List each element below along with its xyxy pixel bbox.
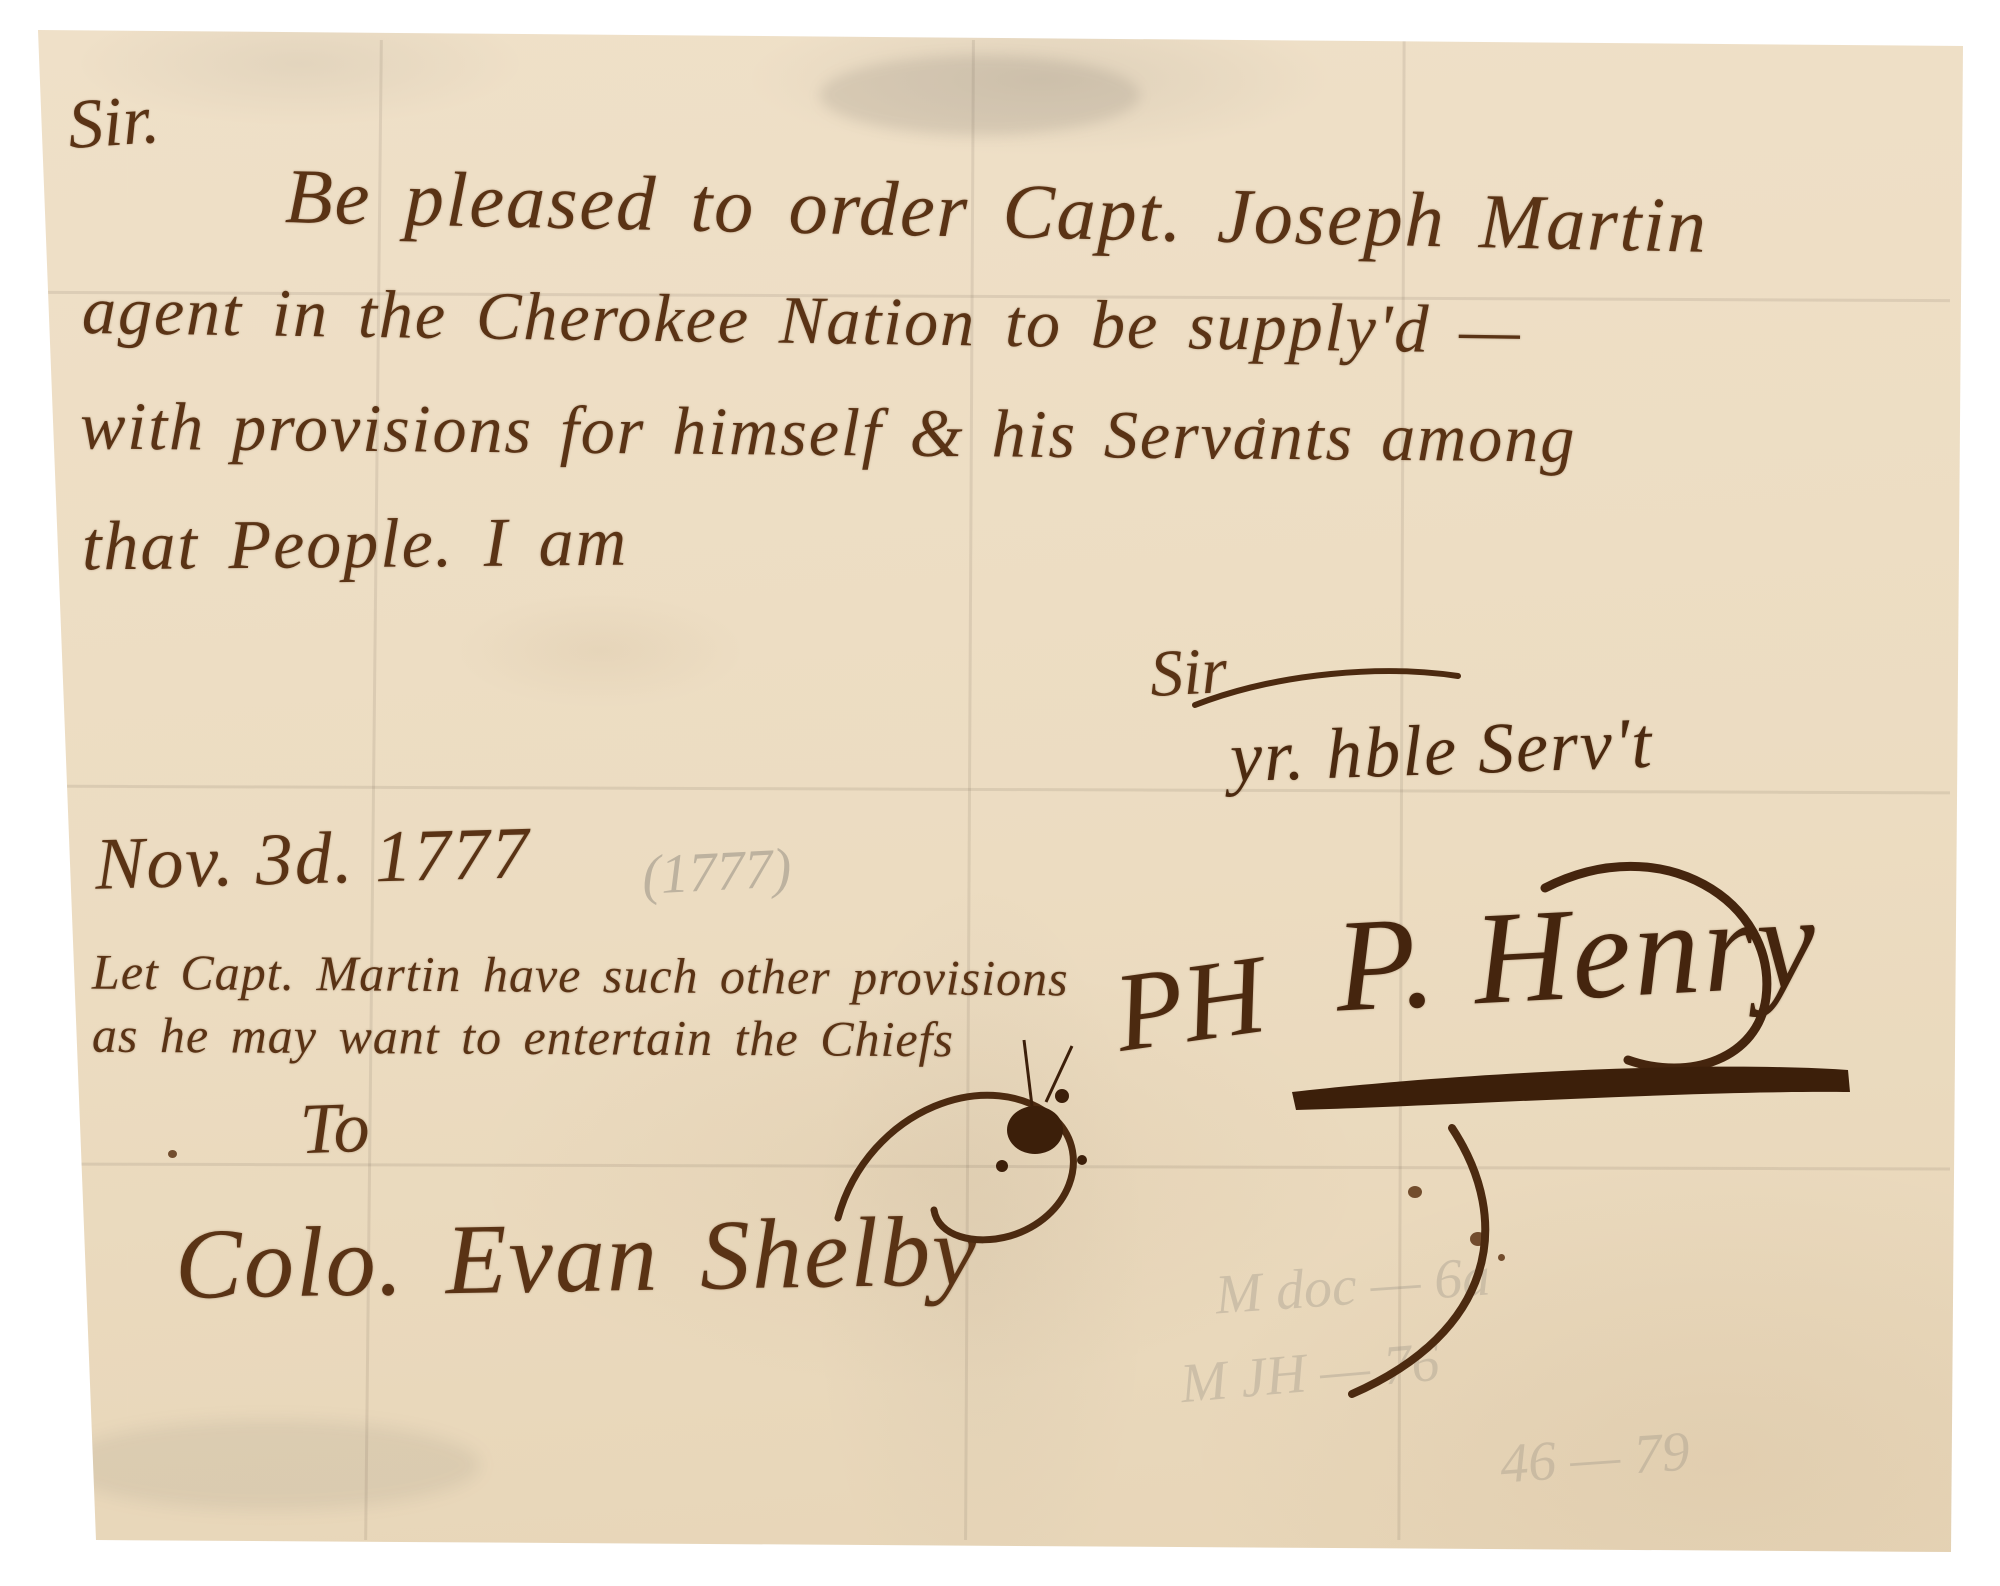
body-line-1: Be pleased to order Capt. Joseph Martin (284, 157, 1708, 265)
pencil-smudge-bottom-left (60, 1420, 480, 1510)
address-to: To (299, 1091, 371, 1165)
scan-background: Sir. Be pleased to order Capt. Joseph Ma… (0, 0, 2000, 1586)
closing-flourish-stroke (1195, 671, 1458, 705)
postscript-line-2: as he may want to entertain the Chiefs (92, 1010, 954, 1065)
body-line-2: agent in the Cherokee Nation to be suppl… (82, 276, 1523, 364)
ink-splatter-dot (1055, 1089, 1069, 1103)
salutation: Sir. (66, 85, 162, 161)
ink-splatter-line (1024, 1040, 1032, 1106)
address-name: Colo. Evan Shelby (174, 1201, 979, 1315)
fold-crease-horizontal-2 (40, 785, 1950, 795)
pencil-note-2: M JH — 76 (1178, 1334, 1442, 1412)
ink-blot (1007, 1106, 1063, 1154)
ink-spot (1470, 1232, 1486, 1246)
ink-splatter-line (1046, 1046, 1072, 1102)
closing-servant: yr. hble Serv't (1229, 707, 1655, 794)
date-line: Nov. 3d. 1777 (94, 816, 532, 901)
closing-sir: Sir (1148, 638, 1228, 708)
body-line-4: that People. I am (82, 508, 629, 583)
letter-paper: Sir. Be pleased to order Capt. Joseph Ma… (0, 0, 2000, 1586)
signature: P. Henry (1332, 875, 1822, 1032)
signature-underline-stroke (1292, 1067, 1850, 1110)
pencil-note-3: 46 — 79 (1498, 1423, 1691, 1492)
pencil-smudge-top (820, 55, 1140, 135)
initials-monogram: PH (1108, 938, 1271, 1070)
ink-spot (1498, 1254, 1505, 1261)
pencil-note-1: M doc — 6a (1213, 1248, 1492, 1323)
ink-spot (1408, 1186, 1422, 1198)
ink-spot (168, 1150, 177, 1158)
body-line-3: with provisions for himself & his Servan… (80, 391, 1577, 472)
pencil-year-note: (1777) (641, 840, 793, 904)
postscript-line-1: Let Capt. Martin have such other provisi… (92, 947, 1069, 1004)
ink-splatter-dot (1077, 1155, 1087, 1165)
